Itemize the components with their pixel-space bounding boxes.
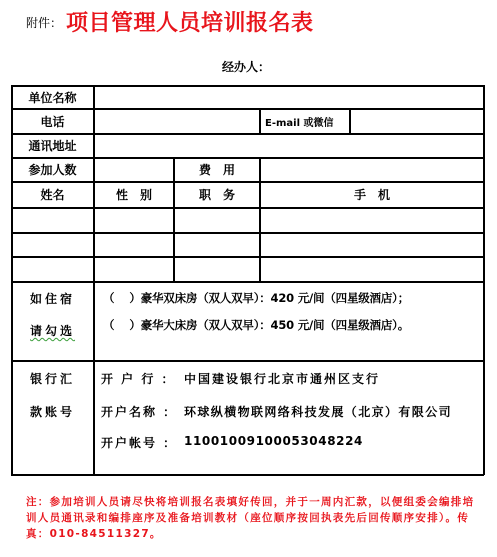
participant-mobile-field[interactable] (261, 257, 483, 281)
column-header-gender: 性 别 (95, 182, 173, 207)
phone-label: 电话 (12, 109, 93, 133)
account-name-label: 开户名称 ： (101, 403, 177, 420)
address-label: 通讯地址 (12, 134, 93, 157)
email-label-text: E-mail 或微信 (265, 114, 334, 129)
participant-gender-field[interactable] (95, 233, 173, 256)
participant-name-field[interactable] (12, 233, 93, 256)
unit-name-field[interactable] (95, 86, 483, 108)
attachment-label: 附件： (26, 14, 62, 31)
participant-gender-field[interactable] (95, 257, 173, 281)
divider (11, 360, 484, 362)
fee-field[interactable] (261, 158, 483, 181)
bank-label-line1: 银行汇 (30, 370, 75, 387)
column-header-mobile: 手 机 (261, 182, 483, 207)
bank-name-value: 中国建设银行北京市通州区支行 (184, 370, 380, 387)
address-field[interactable] (95, 134, 483, 157)
divider (11, 474, 484, 476)
column-header-name: 姓名 (12, 182, 93, 207)
attendees-field[interactable] (95, 158, 173, 181)
room-option-twin[interactable]: （ ）豪华双床房（双人双早）：420 元/间（四星级酒店）； (103, 290, 409, 306)
participant-position-field[interactable] (175, 208, 259, 232)
page-title: 项目管理人员培训报名表 (66, 6, 314, 37)
participant-position-field[interactable] (175, 233, 259, 256)
unit-name-label: 单位名称 (12, 86, 93, 108)
fee-label: 费 用 (175, 158, 259, 181)
accommodation-label-line1: 如住宿 (30, 290, 75, 307)
email-label: E-mail 或微信 (265, 109, 349, 133)
bank-label-line2: 款账号 (30, 403, 75, 420)
account-name-value: 环球纵横物联网络科技发展（北京）有限公司 (184, 403, 452, 420)
footnote: 注：参加培训人员请尽快将培训报名表填好传回，并于一周内汇款，以便组委会编排培训人… (26, 494, 476, 542)
participant-mobile-field[interactable] (261, 233, 483, 256)
account-no-value: 11001009100053048224 (184, 434, 363, 448)
accommodation-label-line2: 请勾选 (30, 322, 75, 339)
account-no-label: 开户帐号 ： (101, 434, 177, 451)
handler-label: 经办人： (222, 58, 270, 75)
participant-name-field[interactable] (12, 257, 93, 281)
room-option-king[interactable]: （ ）豪华大床房（双人双早）：450 元/间（四星级酒店）。 (103, 317, 409, 333)
column-header-position: 职 务 (175, 182, 259, 207)
attendees-label: 参加人数 (12, 158, 93, 181)
participant-mobile-field[interactable] (261, 208, 483, 232)
divider (11, 281, 484, 283)
participant-name-field[interactable] (12, 208, 93, 232)
divider (483, 85, 485, 475)
participant-gender-field[interactable] (95, 208, 173, 232)
participant-position-field[interactable] (175, 257, 259, 281)
phone-field[interactable] (95, 109, 259, 133)
divider (259, 108, 261, 133)
bank-name-label: 开 户 行 ： (101, 370, 176, 387)
email-field[interactable] (351, 109, 483, 133)
